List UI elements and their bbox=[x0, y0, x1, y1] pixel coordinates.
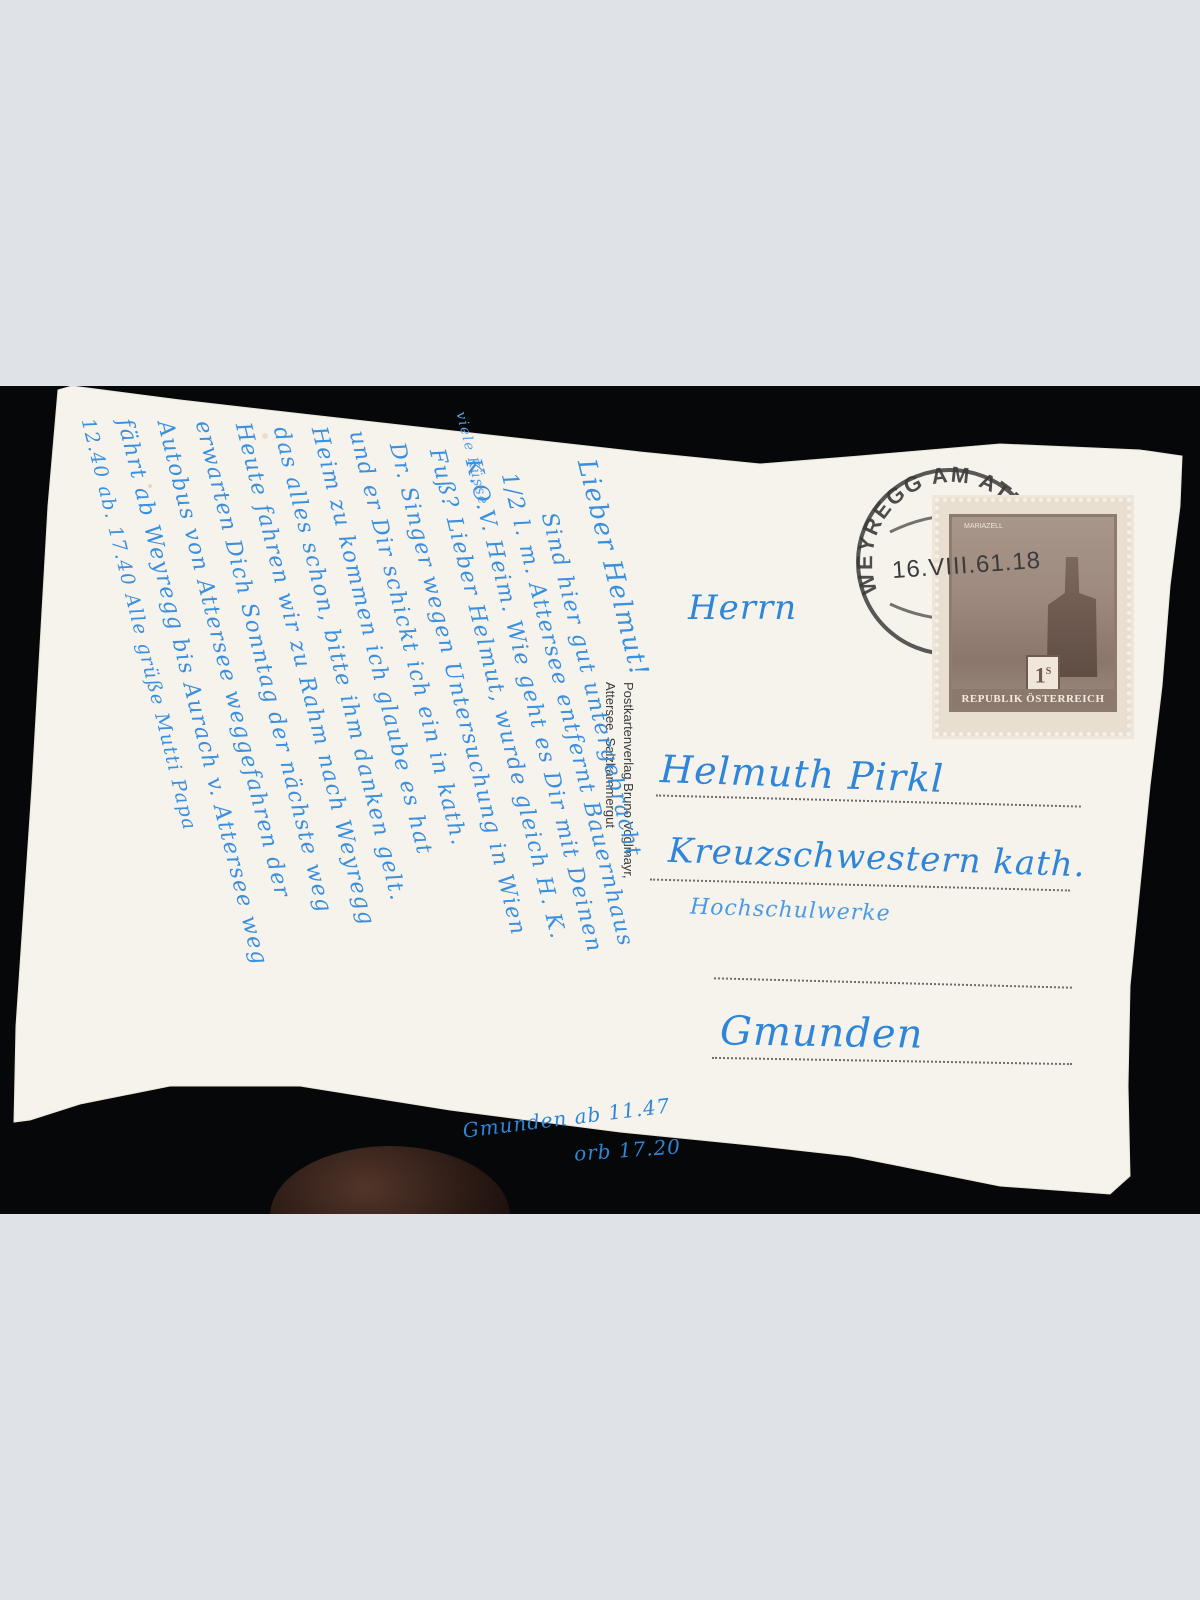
address-city: Gmunden bbox=[720, 1008, 924, 1058]
postage-stamp: MARIAZELL 1S REPUBLIK ÖSTERREICH bbox=[935, 498, 1131, 736]
stamp-image: MARIAZELL 1S REPUBLIK ÖSTERREICH bbox=[949, 514, 1117, 712]
address-salutation: Herrn bbox=[688, 588, 797, 628]
stamp-top-label: MARIAZELL bbox=[964, 523, 1003, 530]
stamp-value: 1S bbox=[1026, 655, 1060, 691]
stamp-country: REPUBLIK ÖSTERREICH bbox=[952, 689, 1114, 709]
